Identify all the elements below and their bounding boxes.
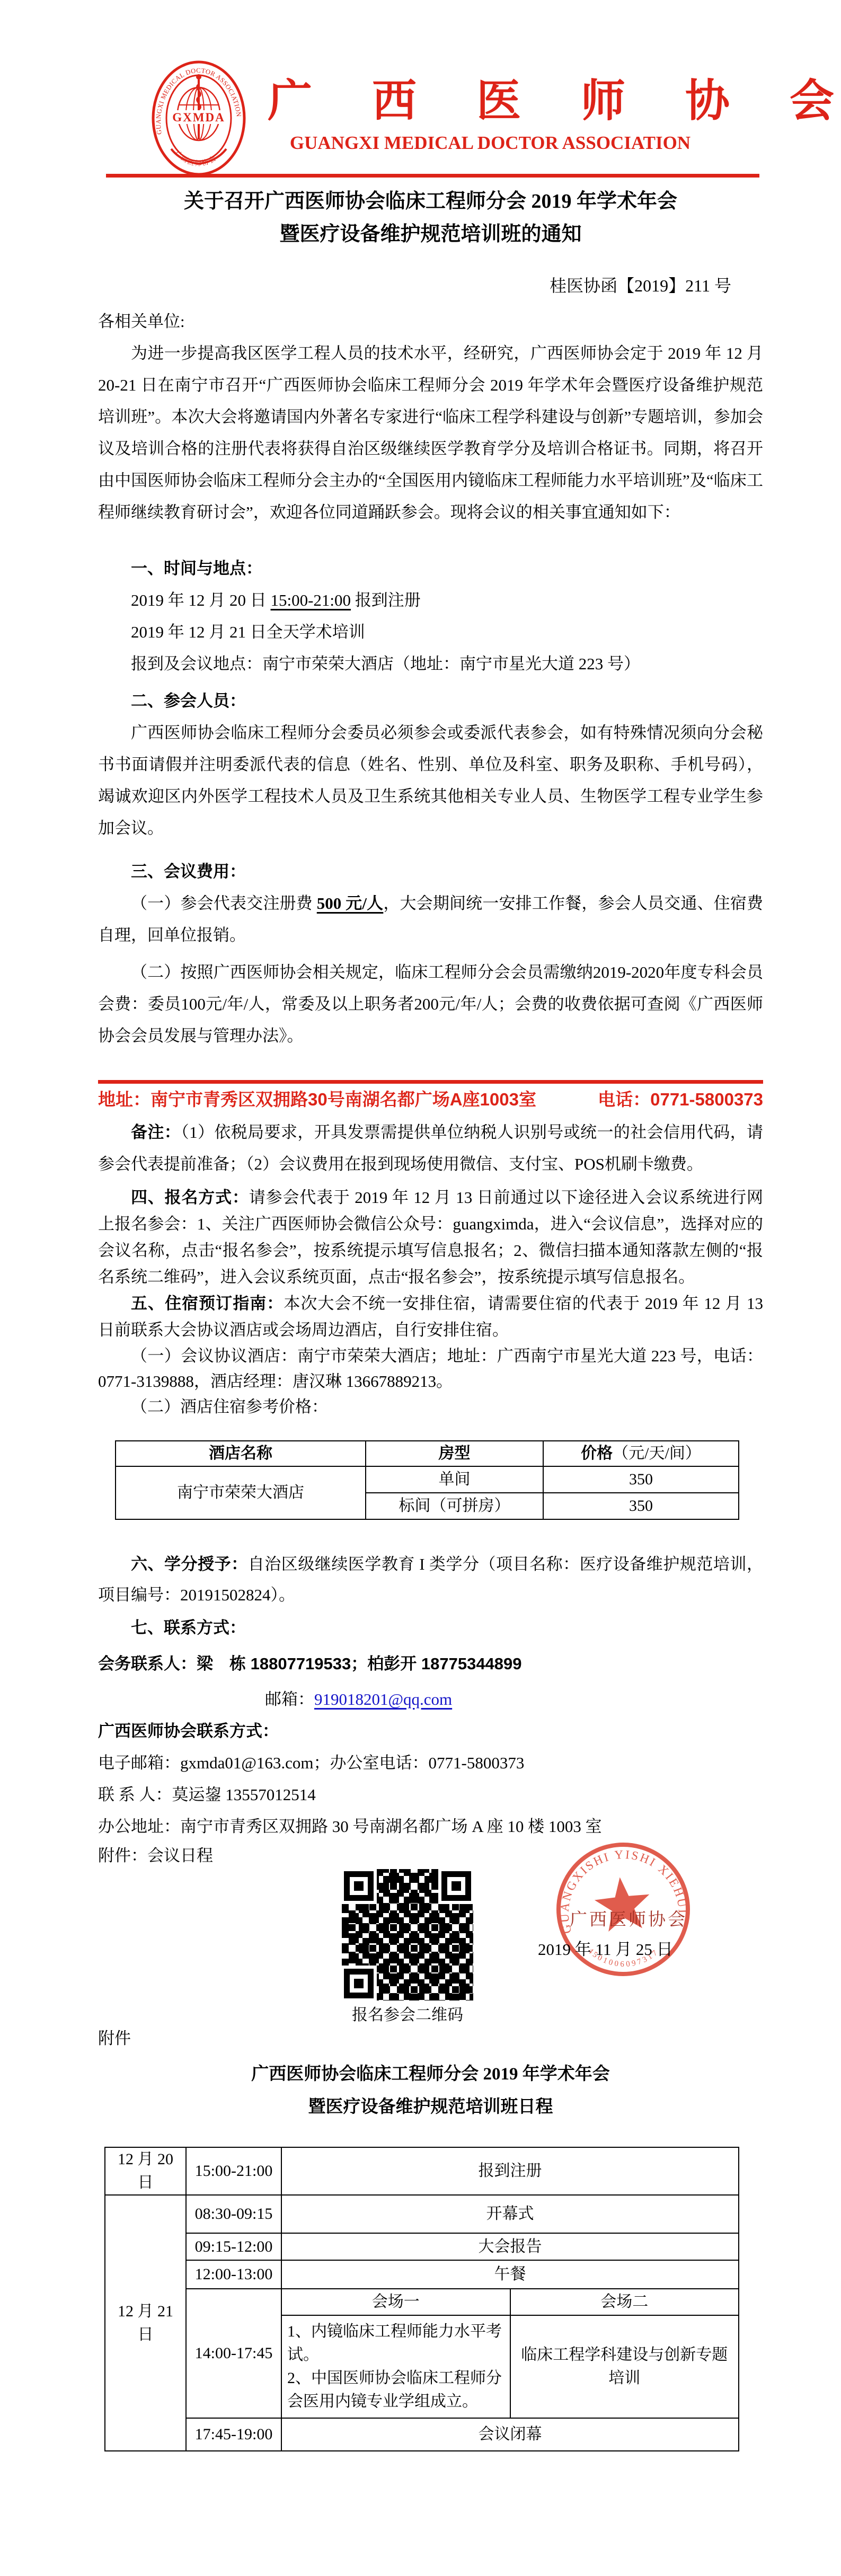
document-number: 桂医协函【2019】211 号 bbox=[98, 270, 763, 302]
org-phone: 电话：0771-5800373 bbox=[598, 1085, 763, 1114]
price-header-unit: （元/天/间） bbox=[613, 1445, 701, 1462]
reg-time-underlined: 15:00-21:00 bbox=[271, 591, 351, 609]
org-name-en: GUANGXI MEDICAL DOCTOR ASSOCIATION bbox=[265, 131, 715, 155]
schedule-event-cell: 报到注册 bbox=[281, 2147, 739, 2195]
hotel-table-header-row: 酒店名称 房型 价格（元/天/间） bbox=[116, 1441, 739, 1466]
contact-email-line: 邮箱：919018201@qq.com bbox=[265, 1684, 763, 1715]
section2-heading: 二、参会人员： bbox=[98, 685, 763, 717]
schedule-date-cell-day2: 12 月 21 日 bbox=[105, 2195, 186, 2451]
section5-lead: 五、住宿预订指南： bbox=[131, 1294, 284, 1313]
org-name-cn: 广 西 医 师 协 会 bbox=[268, 75, 841, 128]
section4-paragraph: 四、报名方式：请参会代表于 2019 年 12 月 13 日前通过以下途径进入会… bbox=[98, 1184, 763, 1290]
schedule-time-cell: 12:00-13:00 bbox=[186, 2260, 281, 2289]
section5-item1: （一）会议协议酒店：南宁市荣荣大酒店；地址：广西南宁市星光大道 223 号，电话… bbox=[98, 1343, 763, 1394]
section2-paragraph: 广西医师协会临床工程师分会委员必须参会或委派代表参会，如有特殊情况须向分会秘书书… bbox=[98, 717, 763, 844]
schedule-event-cell: 开幕式 bbox=[281, 2195, 739, 2233]
attachment-label: 附件 bbox=[98, 2023, 763, 2055]
schedule-time-cell: 08:30-09:15 bbox=[186, 2195, 281, 2233]
reg-label: 报到注册 bbox=[351, 591, 421, 609]
section1-heading: 一、时间与地点： bbox=[98, 553, 763, 585]
document-title: 关于召开广西医师协会临床工程师分会 2019 年学术年会 暨医疗设备维护规范培训… bbox=[98, 185, 763, 251]
signature-area: 报名参会二维码 GUANGXISHI YISHI XIEHUI 广西医师协会 4… bbox=[98, 1869, 763, 2023]
schedule-event-cell: 午餐 bbox=[281, 2260, 739, 2289]
remark-lead: 备注： bbox=[131, 1123, 181, 1141]
schedule-event-cell: 会议闭幕 bbox=[281, 2418, 739, 2451]
schedule-date-cell: 12 月 20 日 bbox=[105, 2147, 186, 2195]
logo-bottom-text: 广西医师协会 bbox=[173, 149, 218, 167]
remark-text: （1）依税局要求，开具发票需提供单位纳税人识别号或统一的社会信用代码，请参会代表… bbox=[98, 1123, 763, 1173]
logo-abbr: GXMDA bbox=[172, 111, 225, 124]
hotel-table-row-single: 南宁市荣荣大酒店 单间 350 bbox=[116, 1466, 739, 1493]
schedule-time-cell: 15:00-21:00 bbox=[186, 2147, 281, 2195]
logo-caduceus-knob bbox=[196, 74, 201, 79]
qr-caption: 报名参会二维码 bbox=[342, 2004, 473, 2027]
schedule-time-cell: 17:45-19:00 bbox=[186, 2418, 281, 2451]
org-contact-heading: 广西医师协会联系方式： bbox=[98, 1715, 763, 1747]
hotel-price-table: 酒店名称 房型 价格（元/天/间） 南宁市荣荣大酒店 单间 350 标间（可拼房… bbox=[115, 1440, 739, 1520]
section7-heading: 七、联系方式： bbox=[98, 1612, 763, 1644]
document-body: 关于召开广西医师协会临床工程师分会 2019 年学术年会 暨医疗设备维护规范培训… bbox=[0, 185, 841, 2451]
hotel-table-header-hotel: 酒店名称 bbox=[116, 1441, 366, 1466]
reg-date: 2019 年 12 月 20 日 bbox=[131, 591, 271, 609]
document-page: GUANGXI MEDICAL DOCTOR ASSOCIATION GXMDA… bbox=[0, 0, 841, 2576]
letterhead-rule bbox=[106, 174, 759, 178]
qr-finder-top-left bbox=[344, 1871, 374, 1901]
schedule-row-day1: 12 月 20 日 15:00-21:00 报到注册 bbox=[105, 2147, 739, 2195]
qr-finder-bottom-left bbox=[344, 1969, 374, 1998]
org-address: 地址：南宁市青秀区双拥路30号南湖名都广场A座1003室 bbox=[98, 1085, 536, 1114]
document-title-line2: 暨医疗设备维护规范培训班的通知 bbox=[98, 218, 763, 251]
schedule-line-registration: 2019 年 12 月 20 日 15:00-21:00 报到注册 bbox=[98, 585, 763, 616]
venue2-header-cell: 会场二 bbox=[510, 2289, 739, 2315]
schedule-row-venue-headers: 14:00-17:45 会场一 会场二 bbox=[105, 2289, 739, 2315]
room-type-cell: 标间（可拼房） bbox=[366, 1493, 543, 1519]
room-type-cell: 单间 bbox=[366, 1466, 543, 1493]
schedule-time-cell-parallel: 14:00-17:45 bbox=[186, 2289, 281, 2418]
venue1-content-cell: 1、内镜临床工程师能力水平考试。 2、中国医师协会临床工程师分会医用内镜专业学组… bbox=[281, 2315, 510, 2418]
fee-amount-underlined: 500 元/人 bbox=[317, 894, 384, 913]
conference-contacts-line: 会务联系人：梁 栋 18807719533；柏彭开 18775344899 bbox=[98, 1648, 763, 1680]
intro-paragraph: 为进一步提高我区医学工程人员的技术水平，经研究，广西医师协会定于 2019 年 … bbox=[98, 338, 763, 528]
hotel-name-cell: 南宁市荣荣大酒店 bbox=[116, 1466, 366, 1519]
venue2-content-cell: 临床工程学科建设与创新专题培训 bbox=[510, 2315, 739, 2418]
section3-item2: （二）按照广西医师协会相关规定，临床工程师分会会员需缴纳2019-2020年度专… bbox=[98, 957, 763, 1052]
room-price-cell: 350 bbox=[543, 1466, 739, 1493]
attachment-title-line2: 暨医疗设备维护规范培训班日程 bbox=[98, 2091, 763, 2123]
room-price-cell: 350 bbox=[543, 1493, 739, 1519]
org-contact-person-line: 联 系 人：莫运鋆 13557012514 bbox=[98, 1779, 763, 1811]
email-label: 邮箱： bbox=[265, 1690, 314, 1709]
fee-pre: （一）参会代表交注册费 bbox=[131, 894, 317, 913]
section6-lead: 六、学分授予： bbox=[131, 1555, 248, 1573]
hotel-table-header-price: 价格（元/天/间） bbox=[543, 1441, 739, 1466]
schedule-time-cell: 09:15-12:00 bbox=[186, 2233, 281, 2260]
letterhead: GUANGXI MEDICAL DOCTOR ASSOCIATION GXMDA… bbox=[0, 0, 841, 183]
red-contact-bar: 地址：南宁市青秀区双拥路30号南湖名都广场A座1003室 电话：0771-580… bbox=[98, 1085, 763, 1114]
attachment-title: 广西医师协会临床工程师分会 2019 年学术年会 暨医疗设备维护规范培训班日程 bbox=[98, 2058, 763, 2123]
attachment-title-line1: 广西医师协会临床工程师分会 2019 年学术年会 bbox=[98, 2058, 763, 2091]
venue1-item1: 1、内镜临床工程师能力水平考试。 bbox=[287, 2320, 504, 2367]
qr-finder-top-right bbox=[441, 1871, 471, 1901]
seal-org-name: 广西医师协会 bbox=[570, 1909, 782, 1931]
schedule-event-cell: 大会报告 bbox=[281, 2233, 739, 2260]
org-email-line: 电子邮箱：gxmda01@163.com；办公室电话：0771-5800373 bbox=[98, 1747, 763, 1779]
conference-schedule-table: 12 月 20 日 15:00-21:00 报到注册 12 月 21 日 08:… bbox=[104, 2147, 739, 2451]
document-title-line1: 关于召开广西医师协会临床工程师分会 2019 年学术年会 bbox=[98, 185, 763, 218]
registration-qr-code bbox=[342, 1869, 473, 2000]
hotel-table-header-room: 房型 bbox=[366, 1441, 543, 1466]
schedule-line-training: 2019 年 12 月 21 日全天学术培训 bbox=[98, 616, 763, 648]
salutation: 各相关单位: bbox=[98, 306, 763, 338]
section3-heading: 三、会议费用： bbox=[98, 856, 763, 888]
venue1-item2: 2、中国医师协会临床工程师分会医用内镜专业学组成立。 bbox=[287, 2367, 504, 2413]
price-header-main: 价格 bbox=[581, 1445, 613, 1462]
section5-paragraph: 五、住宿预订指南：本次大会不统一安排住宿，请需要住宿的代表于 2019 年 12… bbox=[98, 1290, 763, 1343]
venue1-header-cell: 会场一 bbox=[281, 2289, 510, 2315]
section6-paragraph: 六、学分授予：自治区级继续医学教育 I 类学分（项目名称：医疗设备维护规范培训，… bbox=[98, 1549, 763, 1610]
association-logo: GUANGXI MEDICAL DOCTOR ASSOCIATION GXMDA… bbox=[151, 60, 246, 176]
schedule-row-plenary: 09:15-12:00 大会报告 bbox=[105, 2233, 739, 2260]
contact-email-link[interactable]: 919018201@qq.com bbox=[314, 1690, 452, 1709]
remark-paragraph: 备注：（1）依税局要求，开具发票需提供单位纳税人识别号或统一的社会信用代码，请参… bbox=[98, 1117, 763, 1180]
section3-item1: （一）参会代表交注册费 500 元/人，大会期间统一安排工作餐，参会人员交通、住… bbox=[98, 888, 763, 951]
schedule-line-venue: 报到及会议地点：南宁市荣荣大酒店（地址：南宁市星光大道 223 号） bbox=[98, 648, 763, 680]
red-divider-rule bbox=[98, 1080, 763, 1084]
section1-lines: 2019 年 12 月 20 日 15:00-21:00 报到注册 2019 年… bbox=[98, 585, 763, 680]
section4-lead: 四、报名方式： bbox=[131, 1188, 249, 1207]
schedule-row-closing: 17:45-19:00 会议闭幕 bbox=[105, 2418, 739, 2451]
signature-date: 2019 年 11 月 25 日 bbox=[538, 1939, 760, 1960]
schedule-row-lunch: 12:00-13:00 午餐 bbox=[105, 2260, 739, 2289]
schedule-row-opening: 12 月 21 日 08:30-09:15 开幕式 bbox=[105, 2195, 739, 2233]
section5-item2: （二）酒店住宿参考价格： bbox=[98, 1394, 763, 1420]
